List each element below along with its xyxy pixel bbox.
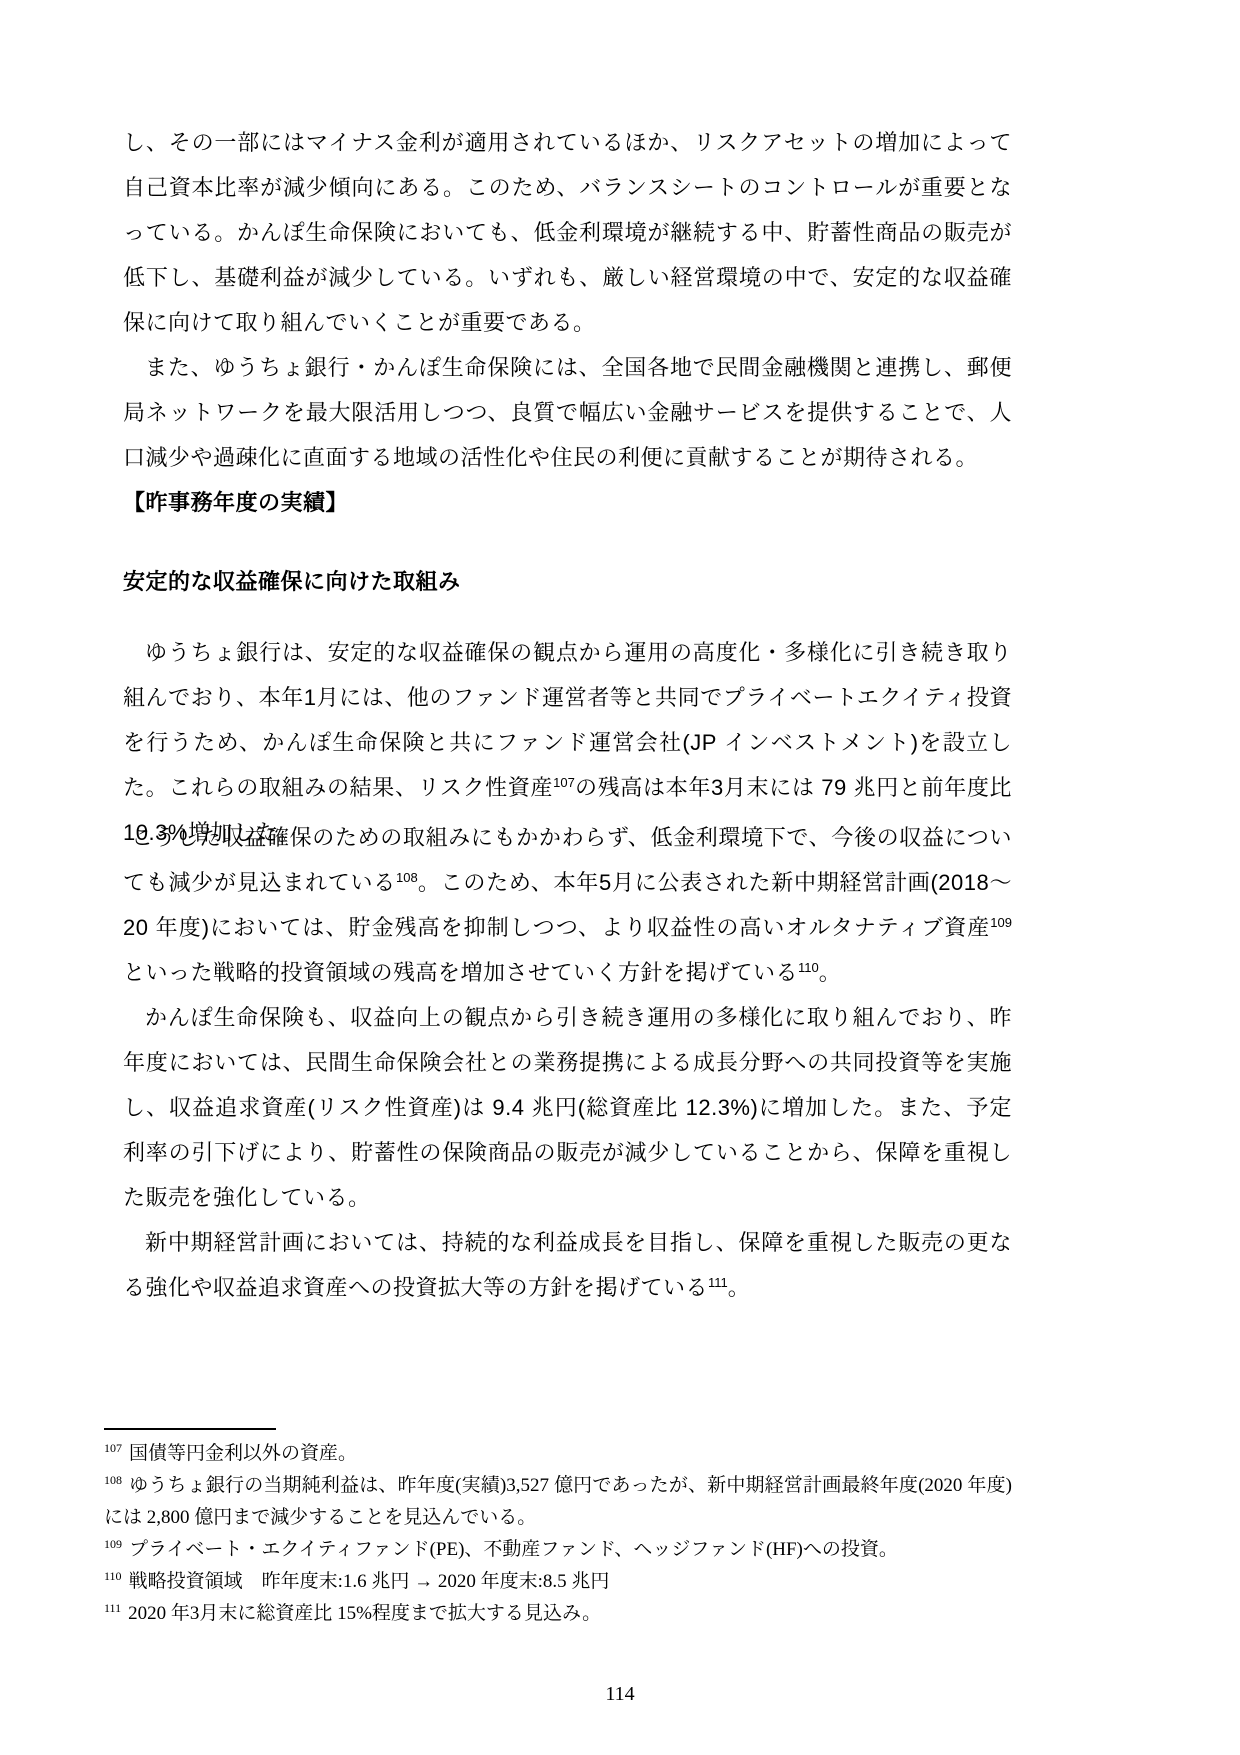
paragraph-text: 新中期経営計画においては、持続的な利益成長を目指し、保障を重視した販売の更なる強… — [123, 1230, 1012, 1300]
footnote-text: 戦略投資領域 昨年度末:1.6 兆円 → 2020 年度末:8.5 兆円 — [129, 1571, 610, 1592]
paragraph-midterm-plan-yucho: こうした収益確保のための取組みにもかかわらず、低金利環境下で、今後の収益について… — [123, 815, 1012, 995]
footnote-ref-108: 108 — [396, 870, 418, 885]
footnote-number: 107 — [104, 1441, 122, 1455]
footnote-separator-rule — [104, 1428, 276, 1430]
footnote-ref-109: 109 — [990, 915, 1012, 930]
paragraph-regional-contribution: また、ゆうちょ銀行・かんぽ生命保険には、全国各地で民間金融機関と連携し、郵便局ネ… — [123, 345, 1012, 480]
paragraph-text: 。 — [728, 1275, 751, 1300]
footnote-number: 110 — [104, 1569, 122, 1583]
footnote-text: ゆうちょ銀行の当期純利益は、昨年度(実績)3,527 億円であったが、新中期経営… — [104, 1475, 1012, 1528]
footnote-108: 108ゆうちょ銀行の当期純利益は、昨年度(実績)3,527 億円であったが、新中… — [104, 1470, 1012, 1534]
footnote-number: 109 — [104, 1537, 122, 1551]
paragraph-text: といった戦略的投資領域の残高を増加させていく方針を掲げている — [123, 960, 798, 985]
page-number: 114 — [0, 1683, 1240, 1706]
footnote-ref-107: 107 — [553, 775, 575, 790]
subsection-heading-stable-profit: 安定的な収益確保に向けた取組み — [123, 559, 1012, 604]
footnote-text: 国債等円金利以外の資産。 — [129, 1443, 357, 1464]
footnote-109: 109プライベート・エクイティファンド(PE)、不動産ファンド、ヘッジファンド(… — [104, 1534, 1012, 1566]
footnote-ref-111: 111 — [708, 1275, 728, 1290]
footnote-107: 107国債等円金利以外の資産。 — [104, 1438, 1012, 1470]
paragraph-balance-sheet: し、その一部にはマイナス金利が適用されているほか、リスクアセットの増加によって自… — [123, 120, 1012, 345]
footnote-111: 1112020 年3月末に総資産比 15%程度まで拡大する見込み。 — [104, 1598, 1012, 1630]
footnote-number: 108 — [104, 1473, 122, 1487]
footnote-110: 110戦略投資領域 昨年度末:1.6 兆円 → 2020 年度末:8.5 兆円 — [104, 1566, 1012, 1598]
footnote-text: プライベート・エクイティファンド(PE)、不動産ファンド、ヘッジファンド(HF)… — [129, 1539, 898, 1560]
footnote-number: 111 — [104, 1601, 121, 1615]
paragraph-text: 。 — [819, 960, 842, 985]
paragraph-midterm-plan-kampo: 新中期経営計画においては、持続的な利益成長を目指し、保障を重視した販売の更なる強… — [123, 1220, 1012, 1310]
footnote-ref-110: 110 — [798, 960, 819, 975]
paragraph-kampo-insurance-initiatives: かんぽ生命保険も、収益向上の観点から引き続き運用の多様化に取り組んでおり、昨年度… — [123, 995, 1012, 1220]
section-heading-last-year-results: 【昨事務年度の実績】 — [123, 480, 1012, 525]
footnotes-section: 107国債等円金利以外の資産。 108ゆうちょ銀行の当期純利益は、昨年度(実績)… — [104, 1438, 1012, 1630]
document-page: し、その一部にはマイナス金利が適用されているほか、リスクアセットの増加によって自… — [0, 0, 1240, 1755]
footnote-text: 2020 年3月末に総資産比 15%程度まで拡大する見込み。 — [128, 1603, 601, 1624]
